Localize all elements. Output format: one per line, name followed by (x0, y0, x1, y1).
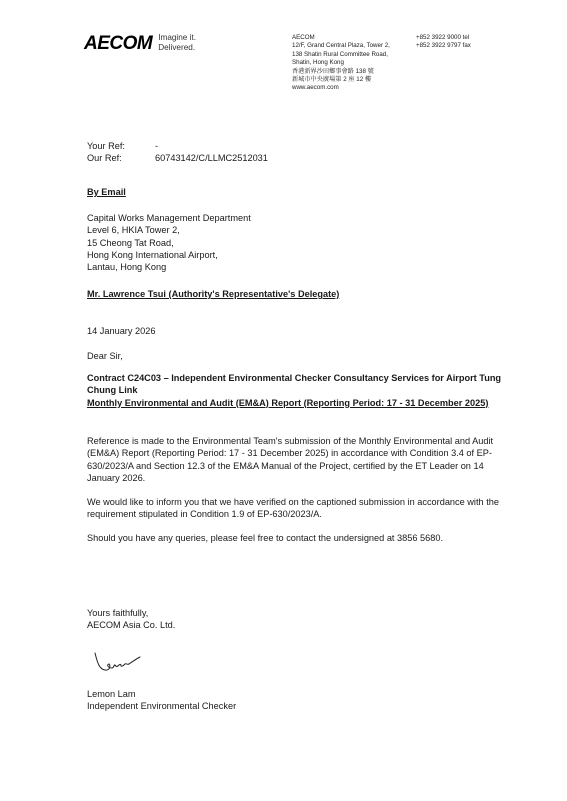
phone-number: +852 3922 9000 tel (416, 34, 471, 42)
recipient-address: Capital Works Management Department Leve… (87, 212, 251, 273)
subject-block: Contract C24C03 – Independent Environmen… (87, 372, 507, 409)
address-line: 12/F, Grand Central Plaza, Tower 2, (292, 42, 390, 50)
recipient-line: Lantau, Hong Kong (87, 261, 251, 273)
body-paragraph: We would like to inform you that we have… (87, 496, 512, 521)
attention-line: Mr. Lawrence Tsui (Authority's Represent… (87, 288, 339, 300)
address-line: 138 Shatin Rural Committee Road, (292, 51, 390, 59)
signer-block: Lemon Lam Independent Environmental Chec… (87, 688, 236, 713)
tagline-line: Delivered. (158, 43, 195, 52)
signer-title: Independent Environmental Checker (87, 700, 236, 712)
logo-tagline: Imagine it. Delivered. (158, 33, 196, 53)
company-logo: AECOM Imagine it. Delivered. (84, 33, 196, 53)
subject-contract: Contract C24C03 – Independent Environmen… (87, 372, 507, 397)
your-ref-row: Your Ref: - (87, 140, 268, 152)
recipient-line: Capital Works Management Department (87, 212, 251, 224)
letter-page: AECOM Imagine it. Delivered. AECOM 12/F,… (0, 0, 567, 801)
recipient-line: Hong Kong International Airport, (87, 249, 251, 261)
recipient-line: 15 Cheong Tat Road, (87, 237, 251, 249)
address-line: AECOM (292, 34, 390, 42)
our-ref-value: 60743142/C/LLMC2512031 (155, 152, 268, 164)
subject-report: Monthly Environmental and Audit (EM&A) R… (87, 397, 507, 409)
signature-icon (93, 649, 143, 675)
our-ref-row: Our Ref: 60743142/C/LLMC2512031 (87, 152, 268, 164)
our-ref-label: Our Ref: (87, 152, 155, 164)
letter-date: 14 January 2026 (87, 325, 155, 337)
body-paragraph: Reference is made to the Environmental T… (87, 435, 512, 484)
sender-address: AECOM 12/F, Grand Central Plaza, Tower 2… (292, 34, 390, 93)
your-ref-value: - (155, 140, 158, 152)
salutation: Dear Sir, (87, 350, 123, 362)
tagline-line: Imagine it. (158, 33, 196, 42)
body-paragraph: Should you have any queries, please feel… (87, 532, 512, 544)
recipient-line: Level 6, HKIA Tower 2, (87, 224, 251, 236)
company-name: AECOM Asia Co. Ltd. (87, 619, 175, 631)
your-ref-label: Your Ref: (87, 140, 155, 152)
sender-contact: +852 3922 9000 tel +852 3922 9797 fax (416, 34, 471, 51)
handwritten-signature (93, 649, 143, 680)
website-link[interactable]: www.aecom.com (292, 84, 390, 92)
valediction: Yours faithfully, (87, 607, 175, 619)
references-block: Your Ref: - Our Ref: 60743142/C/LLMC2512… (87, 140, 268, 165)
logo-wordmark: AECOM (84, 34, 152, 53)
closing-block: Yours faithfully, AECOM Asia Co. Ltd. (87, 607, 175, 632)
address-line: 香港新界沙田鄉事會路 138 號 (292, 68, 390, 76)
address-line: Shatin, Hong Kong (292, 59, 390, 67)
fax-number: +852 3922 9797 fax (416, 42, 471, 50)
address-line: 新城市中央廣場第 2 座 12 樓 (292, 76, 390, 84)
signer-name: Lemon Lam (87, 688, 236, 700)
delivery-method: By Email (87, 186, 126, 198)
